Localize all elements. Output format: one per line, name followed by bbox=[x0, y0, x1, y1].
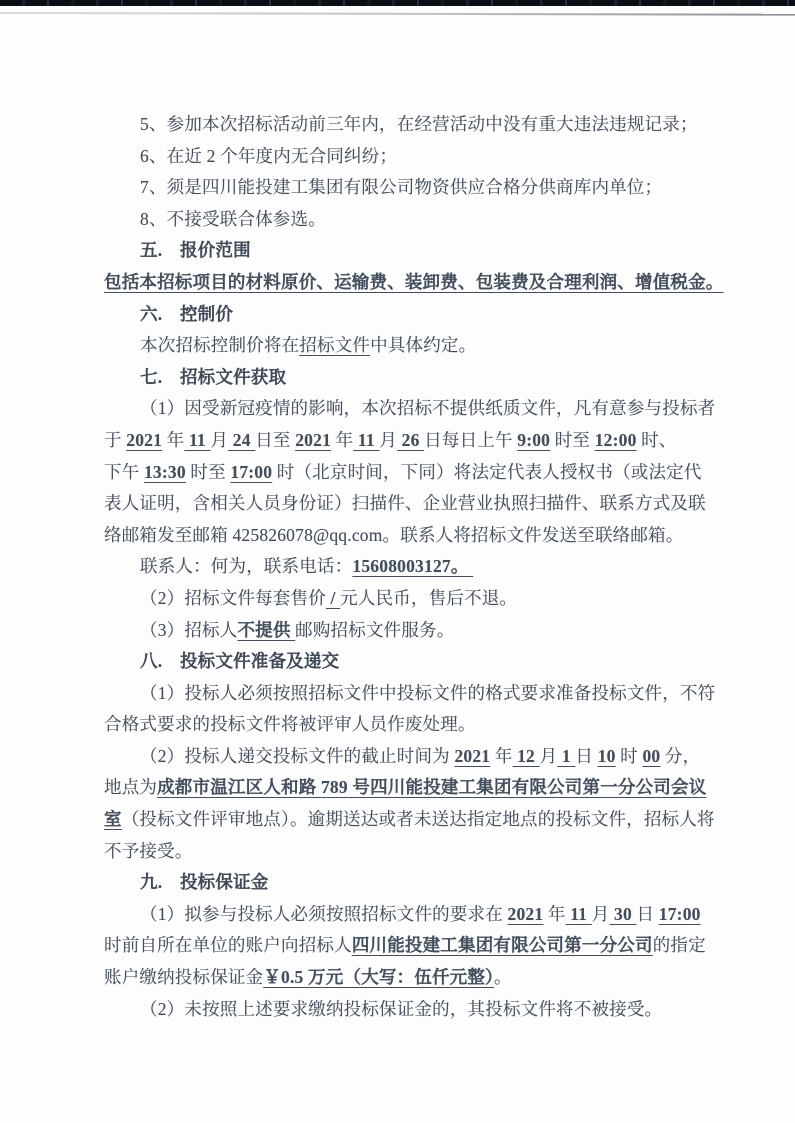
text-segment: 年 bbox=[490, 746, 512, 766]
text-segment: 不予接受。 bbox=[104, 841, 193, 861]
filled-in-value: 30 bbox=[609, 904, 636, 924]
document-body: 5、参加本次招标活动前三年内，在经营活动中没有重大违法违规记录；6、在近 2 个… bbox=[104, 109, 710, 1025]
filled-in-value: 1 bbox=[557, 746, 575, 766]
text-segment: 日 bbox=[575, 746, 597, 766]
para-obtain-1c: 下午 13:30 时至 17:00 时（北京时间，下同）将法定代表人授权书（或法… bbox=[104, 457, 710, 489]
text-segment: 8、不接受联合体参选。 bbox=[140, 209, 326, 229]
scan-artifact-top-band bbox=[0, 0, 795, 6]
filled-in-value: 10 bbox=[598, 746, 616, 766]
text-segment: 时至 bbox=[550, 430, 595, 450]
para-prep-2b: 地点为成都市温江区人和路 789 号四川能投建工集团有限公司第一分公司会议 bbox=[104, 772, 710, 804]
text-segment: （1）拟参与投标人必须按照招标文件的要求在 bbox=[140, 904, 508, 924]
filled-in-value: 15608003127。 bbox=[352, 556, 473, 576]
text-segment: 月 bbox=[379, 430, 397, 450]
para-obtain-1e: 络邮箱发至邮箱 425826078@qq.com。联系人将招标文件发送至联络邮箱… bbox=[104, 520, 710, 552]
filled-in-value: 2021 bbox=[295, 430, 331, 450]
para-obtain-1d: 表人证明，含相关人员身份证）扫描件、企业营业执照扫描件、联系方式及联 bbox=[104, 488, 710, 520]
text-segment: 5、参加本次招标活动前三年内，在经营活动中没有重大违法违规记录； bbox=[140, 114, 698, 134]
filled-in-value: 00 bbox=[642, 746, 660, 766]
filled-in-value: 26 bbox=[397, 430, 424, 450]
text-segment: 本次招标控制价将在 bbox=[140, 335, 299, 355]
text-segment: 年 bbox=[543, 904, 565, 924]
text-segment: （3）招标人 bbox=[140, 620, 237, 640]
para-obtain-1b: 于 2021 年 11 月 24 日至 2021 年 11 月 26 日每日上午… bbox=[104, 425, 710, 457]
filled-in-value: / bbox=[326, 588, 340, 608]
text-segment: 中具体约定。 bbox=[370, 335, 476, 355]
text-segment: 时 bbox=[616, 746, 643, 766]
text-segment: 六. 控制价 bbox=[140, 304, 233, 324]
text-segment: 九. 投标保证金 bbox=[140, 872, 268, 892]
text-segment: 。 bbox=[494, 967, 512, 987]
qualification-item-8: 8、不接受联合体参选。 bbox=[104, 204, 710, 236]
para-bond-2: （2）未按照上述要求缴纳投标保证金的，其投标文件将不被接受。 bbox=[104, 994, 710, 1026]
text-segment: （1）投标人必须按照招标文件中投标文件的格式要求准备投标文件，不符 bbox=[140, 683, 715, 703]
para-bond-1c: 账户缴纳投标保证金￥0.5 万元（大写：伍仟元整）。 bbox=[104, 962, 710, 994]
qualification-item-5: 5、参加本次招标活动前三年内，在经营活动中没有重大违法违规记录； bbox=[104, 109, 710, 141]
qualification-item-6: 6、在近 2 个年度内无合同纠纷； bbox=[104, 141, 710, 173]
para-prep-2c: 室（投标文件评审地点）。逾期送达或者未送达指定地点的投标文件，招标人将 bbox=[104, 804, 710, 836]
filled-in-value: 2021 bbox=[508, 904, 544, 924]
para-prep-1a: （1）投标人必须按照招标文件中投标文件的格式要求准备投标文件，不符 bbox=[104, 678, 710, 710]
text-segment: （2）招标文件每套售价 bbox=[140, 588, 326, 608]
filled-in-value: 24 bbox=[228, 430, 255, 450]
filled-in-value: 招标文件 bbox=[299, 335, 370, 355]
filled-in-value: 12 bbox=[513, 746, 540, 766]
text-segment: 八. 投标文件准备及递交 bbox=[140, 651, 339, 671]
para-obtain-1a: （1）因受新冠疫情的影响，本次招标不提供纸质文件，凡有意参与投标者 bbox=[104, 393, 710, 425]
text-segment: 分， bbox=[660, 746, 700, 766]
text-segment: 合格式要求的投标文件将被评审人员作废处理。 bbox=[104, 714, 476, 734]
filled-in-value: 不提供 bbox=[237, 620, 295, 640]
text-segment: 于 bbox=[104, 430, 126, 450]
para-price-scope: 包括本招标项目的材料原价、运输费、装卸费、包装费及合理利润、增值税金。 bbox=[104, 267, 710, 299]
filled-in-value: 包括本招标项目的材料原价、运输费、装卸费、包装费及合理利润、增值税金。 bbox=[104, 272, 724, 292]
scan-artifact-gray-line bbox=[0, 12, 795, 16]
qualification-item-7: 7、须是四川能投建工集团有限公司物资供应合格分供商库内单位； bbox=[104, 172, 710, 204]
text-segment: 6、在近 2 个年度内无合同纠纷； bbox=[140, 146, 397, 166]
text-segment: 五. 报价范围 bbox=[140, 240, 251, 260]
filled-in-value: 四川能投建工集团有限公司第一分公司 bbox=[352, 935, 653, 955]
filled-in-value: 17:00 bbox=[659, 904, 701, 924]
text-segment: 月 bbox=[592, 904, 610, 924]
filled-in-value: 成都市温江区人和路 789 号四川能投建工集团有限公司第一分公司会议 bbox=[157, 777, 706, 797]
filled-in-value: 12:00 bbox=[595, 430, 637, 450]
text-segment: 元人民币，售后不退。 bbox=[340, 588, 517, 608]
filled-in-value: 11 bbox=[353, 430, 379, 450]
section-heading-control-price: 六. 控制价 bbox=[104, 299, 710, 331]
text-segment: 年 bbox=[331, 430, 353, 450]
para-contact: 联系人：何为，联系电话：15608003127。 bbox=[104, 551, 710, 583]
para-obtain-2: （2）招标文件每套售价 / 元人民币，售后不退。 bbox=[104, 583, 710, 615]
section-heading-bid-bond: 九. 投标保证金 bbox=[104, 867, 710, 899]
text-segment: 7、须是四川能投建工集团有限公司物资供应合格分供商库内单位； bbox=[140, 177, 662, 197]
text-segment: 账户缴纳投标保证金 bbox=[104, 967, 263, 987]
section-heading-bid-preparation: 八. 投标文件准备及递交 bbox=[104, 646, 710, 678]
text-segment: 邮购招标文件服务。 bbox=[295, 620, 454, 640]
filled-in-value: 13:30 bbox=[144, 462, 186, 482]
para-obtain-3: （3）招标人不提供 邮购招标文件服务。 bbox=[104, 615, 710, 647]
para-bond-1a: （1）拟参与投标人必须按照招标文件的要求在 2021 年 11 月 30 日 1… bbox=[104, 899, 710, 931]
filled-in-value: 2021 bbox=[126, 430, 162, 450]
text-segment: 络邮箱发至邮箱 425826078@qq.com。联系人将招标文件发送至联络邮箱… bbox=[104, 525, 683, 545]
text-segment: （2）未按照上述要求缴纳投标保证金的，其投标文件将不被接受。 bbox=[140, 999, 662, 1019]
para-bond-1b: 时前自所在单位的账户向招标人四川能投建工集团有限公司第一分公司的指定 bbox=[104, 930, 710, 962]
text-segment: 表人证明，含相关人员身份证）扫描件、企业营业执照扫描件、联系方式及联 bbox=[104, 493, 706, 513]
filled-in-value: 9:00 bbox=[517, 430, 550, 450]
text-segment: 时（北京时间，下同）将法定代表人授权书（或法定代 bbox=[272, 462, 701, 482]
text-segment: 日 bbox=[636, 904, 658, 924]
text-segment: 年 bbox=[162, 430, 184, 450]
text-segment: （2）投标人递交投标文件的截止时间为 bbox=[140, 746, 454, 766]
filled-in-value: 室 bbox=[104, 809, 122, 829]
text-segment: 的指定 bbox=[653, 935, 706, 955]
text-segment: 联系人：何为，联系电话： bbox=[140, 556, 352, 576]
scanned-document-page: 5、参加本次招标活动前三年内，在经营活动中没有重大违法违规记录；6、在近 2 个… bbox=[0, 0, 795, 1123]
para-prep-2d: 不予接受。 bbox=[104, 836, 710, 868]
text-segment: 时至 bbox=[186, 462, 231, 482]
para-prep-2a: （2）投标人递交投标文件的截止时间为 2021 年 12 月 1 日 10 时 … bbox=[104, 741, 710, 773]
para-prep-1b: 合格式要求的投标文件将被评审人员作废处理。 bbox=[104, 709, 710, 741]
text-segment: 时前自所在单位的账户向招标人 bbox=[104, 935, 352, 955]
text-segment: （投标文件评审地点）。逾期送达或者未送达指定地点的投标文件，招标人将 bbox=[122, 809, 715, 829]
text-segment: 七. 招标文件获取 bbox=[140, 367, 286, 387]
text-segment: 月 bbox=[210, 430, 228, 450]
filled-in-value: 11 bbox=[184, 430, 210, 450]
text-segment: 地点为 bbox=[104, 777, 157, 797]
text-segment: 下午 bbox=[104, 462, 144, 482]
filled-in-value: 11 bbox=[566, 904, 592, 924]
filled-in-value: 2021 bbox=[454, 746, 490, 766]
para-control-price: 本次招标控制价将在招标文件中具体约定。 bbox=[104, 330, 710, 362]
text-segment: （1）因受新冠疫情的影响，本次招标不提供纸质文件，凡有意参与投标者 bbox=[140, 398, 715, 418]
text-segment: 日每日上午 bbox=[424, 430, 517, 450]
section-heading-obtain-documents: 七. 招标文件获取 bbox=[104, 362, 710, 394]
filled-in-value: ￥0.5 万元（大写：伍仟元整） bbox=[263, 967, 494, 987]
text-segment: 日至 bbox=[255, 430, 295, 450]
filled-in-value: 17:00 bbox=[230, 462, 272, 482]
text-segment: 时、 bbox=[637, 430, 677, 450]
text-segment: 月 bbox=[540, 746, 558, 766]
section-heading-price-scope: 五. 报价范围 bbox=[104, 235, 710, 267]
